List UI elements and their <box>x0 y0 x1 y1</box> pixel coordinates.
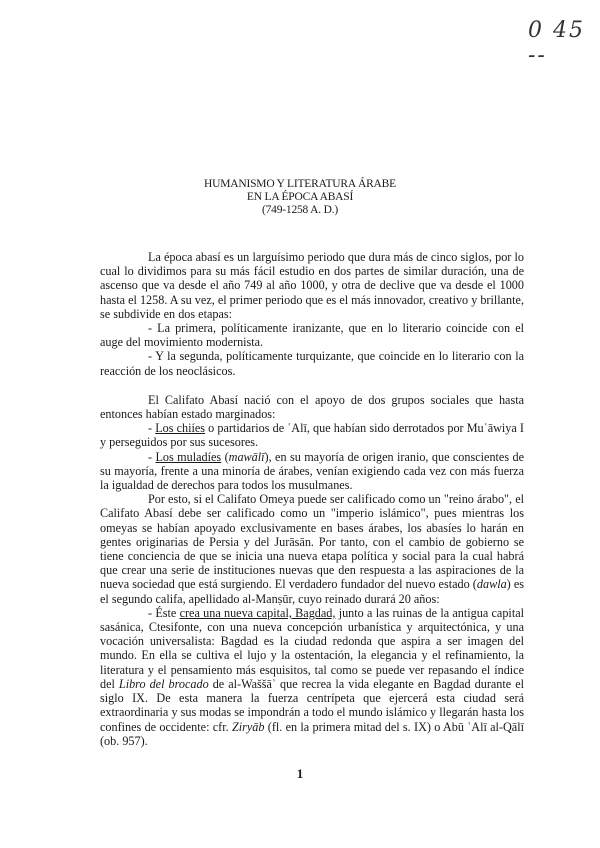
page-number: 1 <box>0 766 600 782</box>
paragraph-bagdad: - Éste crea una nueva capital, Bagdad, j… <box>100 606 524 748</box>
paragraph-second-stage: - Y la segunda, políticamente turquizant… <box>100 349 524 377</box>
name-ziryab: Ziryāb <box>232 720 265 734</box>
paren-open: ( <box>221 450 228 464</box>
body-text: La época abasí es un larguísimo periodo … <box>100 250 524 748</box>
text-segment: Por esto, si el Califato Omeya puede ser… <box>100 492 524 591</box>
term-nueva-capital: crea una nueva capital, Bagdad, <box>180 606 336 620</box>
term-dawla: dawla <box>477 577 507 591</box>
paragraph-muladies: - Los muladíes (mawālī), en su mayoría d… <box>100 450 524 493</box>
title-line-2: EN LA ÉPOCA ABASÍ <box>0 191 600 204</box>
paragraph-chiies: - Los chiíes o partidarios de ʿAlī, que … <box>100 421 524 449</box>
paragraph-califato-origin: El Califato Abasí nació con el apoyo de … <box>100 393 524 421</box>
handwritten-note: 0 45 -- <box>528 18 600 68</box>
title-dates: (749-1258 A. D.) <box>0 204 600 217</box>
document-title: HUMANISMO Y LITERATURA ÁRABE EN LA ÉPOCA… <box>0 178 600 217</box>
paragraph-omeya-vs-abasi: Por esto, si el Califato Omeya puede ser… <box>100 492 524 606</box>
title-line-1: HUMANISMO Y LITERATURA ÁRABE <box>0 178 600 191</box>
term-chiies: Los chiíes <box>155 421 205 435</box>
term-mawali: mawālī <box>229 450 265 464</box>
paragraph-gap <box>100 378 524 393</box>
paragraph-first-stage: - La primera, políticamente iranizante, … <box>100 321 524 349</box>
paragraph-intro: La época abasí es un larguísimo periodo … <box>100 250 524 321</box>
dash: - Éste <box>148 606 180 620</box>
book-title: Libro del brocado <box>119 677 209 691</box>
term-muladies: Los muladíes <box>155 450 221 464</box>
